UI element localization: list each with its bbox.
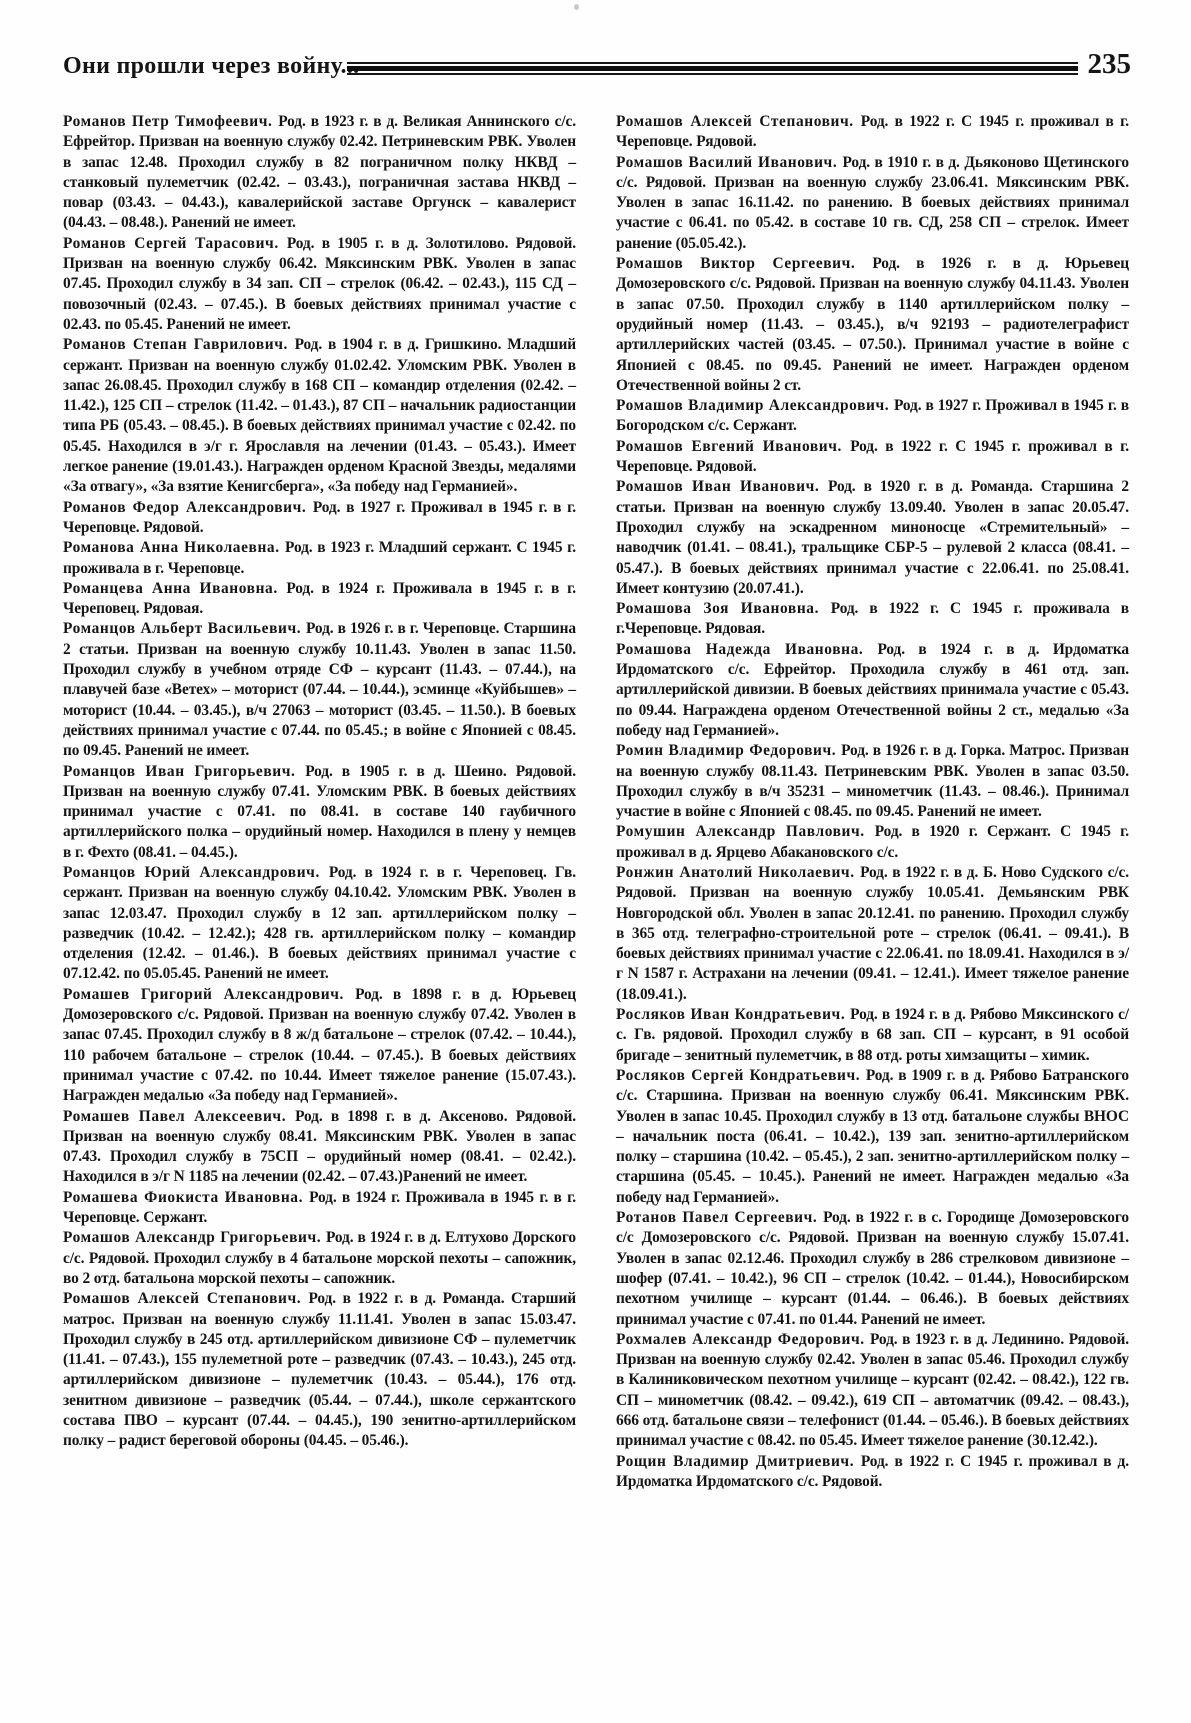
person-name: Ромашов Иван Иванович. — [616, 478, 828, 495]
registry-entry: Романова Анна Николаевна. Род. в 1923 г.… — [63, 538, 576, 579]
registry-entry: Ронжин Анатолий Николаевич. Род. в 1922 … — [616, 863, 1129, 1005]
entry-details: Род. в 1926 г. в д. Юрьевец Домозеровско… — [616, 255, 1129, 394]
registry-entry: Ротанов Павел Сергеевич. Род. в 1922 г. … — [616, 1208, 1129, 1330]
registry-entry: Ромашов Василий Иванович. Род. в 1910 г.… — [616, 153, 1129, 254]
registry-entry: Романов Федор Александрович. Род. в 1927… — [63, 498, 576, 539]
person-name: Ромин Владимир Федорович. — [616, 742, 841, 759]
person-name: Ромушин Александр Павлович. — [616, 823, 875, 840]
registry-entry: Ромашов Евгений Иванович. Род. в 1922 г.… — [616, 437, 1129, 478]
person-name: Ромашова Зоя Ивановна. — [616, 600, 831, 617]
page-number: 235 — [1088, 48, 1132, 81]
header-rule-line — [347, 62, 1078, 64]
book-page: Они прошли через войну... 235 Романов Пе… — [0, 0, 1191, 1723]
registry-entry: Росляков Иван Кондратьевич. Род. в 1924 … — [616, 1005, 1129, 1066]
registry-entry: Ромашов Алексей Степанович. Род. в 1922 … — [616, 112, 1129, 153]
registry-entry: Ромашова Зоя Ивановна. Род. в 1922 г. С … — [616, 599, 1129, 640]
person-name: Романцов Иван Григорьевич. — [63, 763, 305, 780]
entry-details: Род. в 1923 г. в д. Лединино. Рядовой. П… — [616, 1331, 1129, 1449]
entry-details: Род. в 1922 г. в с. Городище Домозеровск… — [616, 1209, 1129, 1327]
registry-entry: Ромашов Владимир Александрович. Род. в 1… — [616, 396, 1129, 437]
running-title: Они прошли через войну... — [63, 53, 359, 80]
registry-entry: Романцов Альберт Васильевич. Род. в 1926… — [63, 619, 576, 761]
person-name: Ромашов Василий Иванович. — [616, 154, 843, 171]
scan-artifact — [574, 4, 579, 10]
entry-details: Род. в 1926 г. в г. Череповце. Старшина … — [63, 620, 576, 759]
person-name: Романцева Анна Ивановна. — [63, 580, 286, 597]
person-name: Романов Степан Гаврилович. — [63, 336, 295, 353]
person-name: Ронжин Анатолий Николаевич. — [616, 864, 860, 881]
person-name: Ромашев Павел Алексеевич. — [63, 1108, 295, 1125]
header-rule — [347, 62, 1078, 75]
person-name: Романцов Альберт Васильевич. — [63, 620, 306, 637]
person-name: Ромашева Фиокиста Ивановна. — [63, 1189, 309, 1206]
person-name: Романов Сергей Тарасович. — [63, 235, 287, 252]
header-rule-line — [347, 66, 1078, 71]
person-name: Росляков Иван Кондратьевич. — [616, 1006, 850, 1023]
left-column: Романов Петр Тимофеевич. Род. в 1923 г. … — [63, 112, 576, 1452]
registry-entry: Ромашов Виктор Сергеевич. Род. в 1926 г.… — [616, 254, 1129, 396]
person-name: Ромашов Виктор Сергеевич. — [616, 255, 872, 272]
registry-entry: Романцов Юрий Александрович. Род. в 1924… — [63, 863, 576, 985]
registry-entry: Романцов Иван Григорьевич. Род. в 1905 г… — [63, 762, 576, 863]
registry-entry: Ромашева Фиокиста Ивановна. Род. в 1924 … — [63, 1188, 576, 1229]
registry-entry: Ромушин Александр Павлович. Род. в 1920 … — [616, 822, 1129, 863]
entry-details: Род. в 1922 г. в д. Б. Ново Судского с/с… — [616, 864, 1129, 1003]
person-name: Романов Федор Александрович. — [63, 499, 313, 516]
registry-entry: Ромашов Александр Григорьевич. Род. в 19… — [63, 1228, 576, 1289]
registry-entry: Ромашов Алексей Степанович. Род. в 1922 … — [63, 1289, 576, 1451]
person-name: Романов Петр Тимофеевич. — [63, 113, 278, 130]
entry-details: Род. в 1923 г. в д. Великая Аннинского с… — [63, 113, 576, 231]
person-name: Рохмалев Александр Федорович. — [616, 1331, 870, 1348]
entry-details: Род. в 1904 г. в д. Гришкино. Младший се… — [63, 336, 576, 495]
registry-entry: Ромашев Григорий Александрович. Род. в 1… — [63, 985, 576, 1107]
person-name: Росляков Сергей Кондратьевич. — [616, 1067, 866, 1084]
person-name: Романова Анна Николаевна. — [63, 539, 285, 556]
registry-entry: Росляков Сергей Кондратьевич. Род. в 190… — [616, 1066, 1129, 1208]
person-name: Ромашов Владимир Александрович. — [616, 397, 894, 414]
registry-entry: Романов Сергей Тарасович. Род. в 1905 г.… — [63, 234, 576, 335]
person-name: Ромашов Евгений Иванович. — [616, 438, 850, 455]
registry-entry: Ромашова Надежда Ивановна. Род. в 1924 г… — [616, 640, 1129, 741]
person-name: Ромашев Григорий Александрович. — [63, 986, 355, 1003]
person-name: Ромашова Надежда Ивановна. — [616, 641, 877, 658]
registry-entry: Романов Петр Тимофеевич. Род. в 1923 г. … — [63, 112, 576, 234]
person-name: Романцов Юрий Александрович. — [63, 864, 329, 881]
header-rule-line — [347, 73, 1078, 75]
entry-details: Род. в 1922 г. в д. Романда. Старший мат… — [63, 1290, 576, 1449]
registry-entry: Романов Степан Гаврилович. Род. в 1904 г… — [63, 335, 576, 497]
person-name: Ромашов Алексей Степанович. — [616, 113, 861, 130]
entry-details: Род. в 1924 г. в г. Череповец. Гв. сержа… — [63, 864, 576, 982]
entry-details: Род. в 1898 г. в д. Юрьевец Домозеровско… — [63, 986, 576, 1104]
registry-entry: Романцева Анна Ивановна. Род. в 1924 г. … — [63, 579, 576, 620]
person-name: Ромашов Александр Григорьевич. — [63, 1229, 326, 1246]
registry-entry: Ромин Владимир Федорович. Род. в 1926 г.… — [616, 741, 1129, 822]
registry-entry: Ромашев Павел Алексеевич. Род. в 1898 г.… — [63, 1107, 576, 1188]
registry-entry: Рохмалев Александр Федорович. Род. в 192… — [616, 1330, 1129, 1452]
entry-details: Род. в 1920 г. в д. Романда. Старшина 2 … — [616, 478, 1129, 596]
entry-details: Род. в 1909 г. в д. Рябово Батранского с… — [616, 1067, 1129, 1206]
person-name: Рощин Владимир Дмитриевич. — [616, 1453, 861, 1470]
person-name: Ротанов Павел Сергеевич. — [616, 1209, 823, 1226]
registry-entry: Рощин Владимир Дмитриевич. Род. в 1922 г… — [616, 1452, 1129, 1493]
right-column: Ромашов Алексей Степанович. Род. в 1922 … — [616, 112, 1129, 1492]
person-name: Ромашов Алексей Степанович. — [63, 1290, 308, 1307]
registry-entry: Ромашов Иван Иванович. Род. в 1920 г. в … — [616, 477, 1129, 599]
